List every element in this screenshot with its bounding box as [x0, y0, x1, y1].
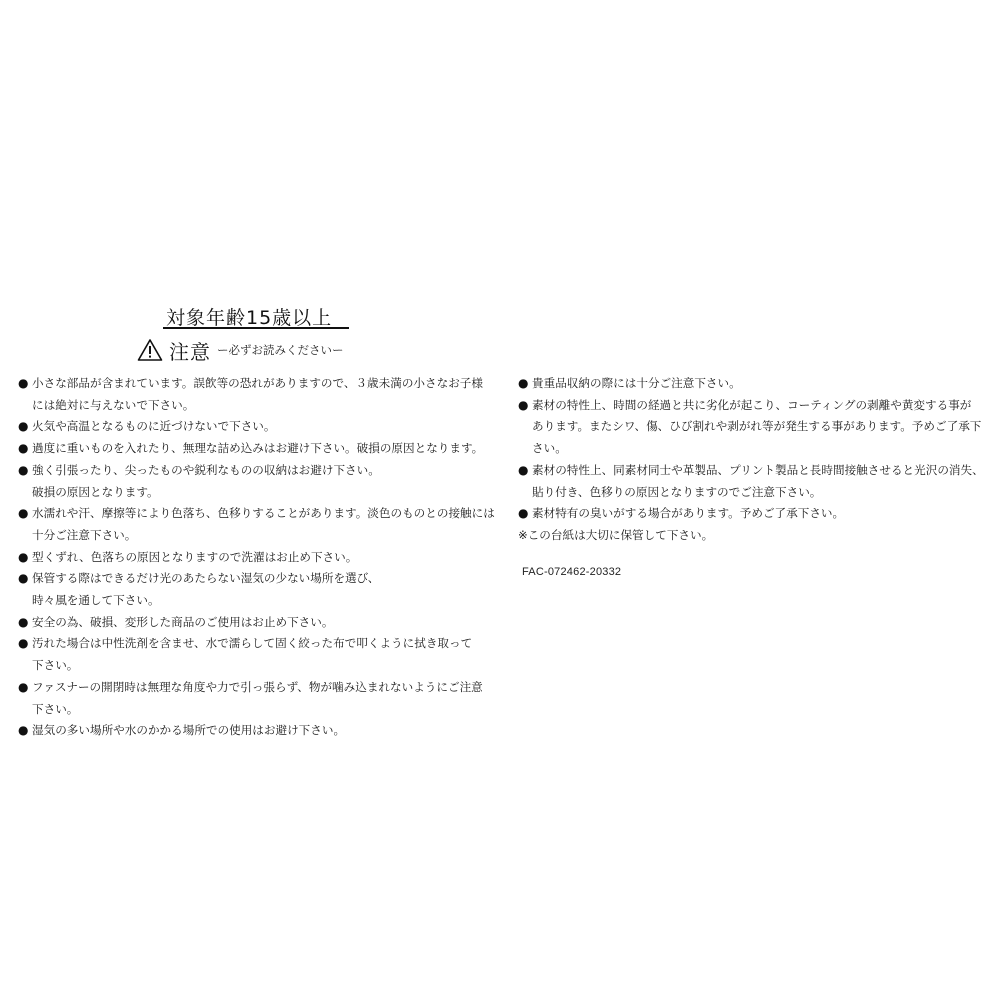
caution-header: 注意 ー必ずお読みくださいー — [137, 335, 344, 365]
caution-text: 素材の特性上、時間の経過と共に劣化が起こり、コーティングの剥離や黄変する事が あ… — [532, 395, 1000, 460]
left-caution-list: ● 小さな部品が含まれています。誤飲等の恐れがありますので、３歳未満の小さなお子… — [18, 373, 498, 742]
bullet-icon: ● — [18, 633, 31, 655]
caution-item: ● ファスナーの開閉時は無理な角度や力で引っ張らず、物が噛み込まれないようにご注… — [18, 677, 498, 720]
right-caution-list: ● 貴重品収納の際には十分ご注意下さい。 ● 素材の特性上、時間の経過と共に劣化… — [518, 373, 1000, 547]
caution-item: ● 小さな部品が含まれています。誤飲等の恐れがありますので、３歳未満の小さなお子… — [18, 373, 498, 416]
bullet-icon: ● — [518, 503, 531, 525]
caution-item: ● 素材の特性上、時間の経過と共に劣化が起こり、コーティングの剥離や黄変する事が… — [518, 395, 1000, 460]
caution-item: ● 火気や高温となるものに近づけないで下さい。 — [18, 416, 498, 438]
caution-text: 型くずれ、色落ちの原因となりますので洗濯はお止め下さい。 — [32, 547, 498, 569]
bullet-icon: ● — [18, 373, 31, 395]
caution-text: 火気や高温となるものに近づけないで下さい。 — [32, 416, 498, 438]
bullet-icon: ● — [18, 547, 31, 569]
caution-text: 素材の特性上、同素材同士や革製品、プリント製品と長時間接触させると光沢の消失、 … — [532, 460, 1000, 503]
caution-item: ● 過度に重いものを入れたり、無理な詰め込みはお避け下さい。破損の原因となります… — [18, 438, 498, 460]
caution-item: ● 素材特有の臭いがする場合があります。予めご了承下さい。 — [518, 503, 1000, 525]
caution-text: 強く引張ったり、尖ったものや鋭利なものの収納はお避け下さい。破損の原因となります… — [32, 460, 498, 503]
caution-item: ● 貴重品収納の際には十分ご注意下さい。 — [518, 373, 1000, 395]
caution-item: ● 素材の特性上、同素材同士や革製品、プリント製品と長時間接触させると光沢の消失… — [518, 460, 1000, 503]
caution-title: 注意 — [169, 336, 211, 365]
caution-text: 過度に重いものを入れたり、無理な詰め込みはお避け下さい。破損の原因となります。 — [32, 438, 498, 460]
caution-text: 保管する際はできるだけ光のあたらない湿気の少ない場所を選び、時々風を通して下さい… — [32, 568, 498, 611]
caution-text: 水濡れや汗、摩擦等により色落ち、色移りすることがあります。淡色のものとの接触には… — [32, 503, 498, 546]
caution-item: ● 強く引張ったり、尖ったものや鋭利なものの収納はお避け下さい。破損の原因となり… — [18, 460, 498, 503]
caution-text: 小さな部品が含まれています。誤飲等の恐れがありますので、３歳未満の小さなお子様 … — [32, 373, 498, 416]
care-label-sheet: 対象年齢15歳以上 注意 ー必ずお読みくださいー ● 小さな部品が含まれています… — [0, 0, 1000, 1000]
bullet-icon: ● — [518, 373, 531, 395]
caution-text: 湿気の多い場所や水のかかる場所での使用はお避け下さい。 — [32, 720, 498, 742]
caution-item: ● 安全の為、破損、変形した商品のご使用はお止め下さい。 — [18, 612, 498, 634]
bullet-icon: ● — [518, 395, 531, 417]
bullet-icon: ● — [518, 460, 531, 482]
caution-item: ● 型くずれ、色落ちの原因となりますので洗濯はお止め下さい。 — [18, 547, 498, 569]
bullet-icon: ● — [18, 720, 31, 742]
bullet-icon: ● — [18, 416, 31, 438]
age-rating-title: 対象年齢15歳以上 — [166, 303, 332, 330]
bullet-icon: ● — [18, 460, 31, 482]
caution-item: ● 保管する際はできるだけ光のあたらない湿気の少ない場所を選び、時々風を通して下… — [18, 568, 498, 611]
bullet-icon: ● — [18, 677, 31, 699]
caution-subtitle: ー必ずお読みくださいー — [217, 342, 344, 358]
product-code: FAC-072462-20332 — [522, 566, 621, 578]
caution-item: ● 水濡れや汗、摩擦等により色落ち、色移りすることがあります。淡色のものとの接触… — [18, 503, 498, 546]
caution-item: ● 汚れた場合は中性洗剤を含ませ、水で濡らして固く絞った布で叩くように拭き取って… — [18, 633, 498, 676]
caution-text: 貴重品収納の際には十分ご注意下さい。 — [532, 373, 1000, 395]
bullet-icon: ● — [18, 568, 31, 590]
caution-item: ● 湿気の多い場所や水のかかる場所での使用はお避け下さい。 — [18, 720, 498, 742]
caution-text: 素材特有の臭いがする場合があります。予めご了承下さい。 — [532, 503, 1000, 525]
bullet-icon: ● — [18, 438, 31, 460]
title-underline — [163, 327, 349, 329]
caution-text: ファスナーの開閉時は無理な角度や力で引っ張らず、物が噛み込まれないようにご注意 … — [32, 677, 498, 720]
keep-card-note: ※この台紙は大切に保管して下さい。 — [518, 525, 1000, 547]
caution-text: 汚れた場合は中性洗剤を含ませ、水で濡らして固く絞った布で叩くように拭き取って 下… — [32, 633, 498, 676]
caution-text: 安全の為、破損、変形した商品のご使用はお止め下さい。 — [32, 612, 498, 634]
bullet-icon: ● — [18, 503, 31, 525]
warning-triangle-icon — [137, 338, 163, 362]
bullet-icon: ● — [18, 612, 31, 634]
